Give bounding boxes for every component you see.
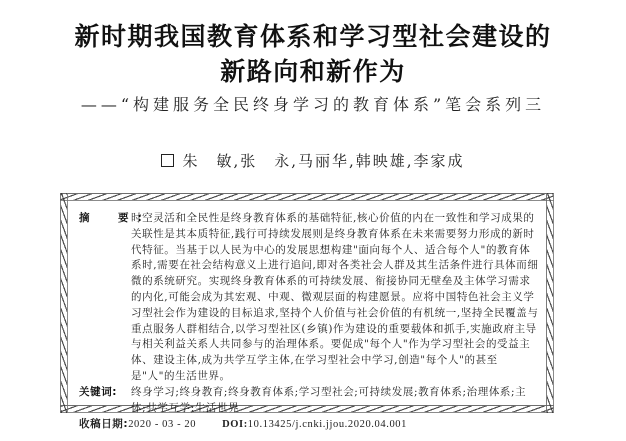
doi-label: DOI: [222,419,248,430]
abstract-label: 摘 要: [79,211,151,227]
keywords-section: 关键词: 终身学习;终身教育;终身教育体系;学习型社会;可持续发展;教育体系;治… [79,385,539,417]
abstract-content: 摘 要: 时空灵活和全民性是终身教育体系的基础特征,核心价值的内在一致性和学习成… [79,211,539,433]
authors: 朱 敏,张 永,马丽华,韩映雄,李家成 [182,152,464,170]
article-meta: 收稿日期:2020 - 03 - 20 DOI:10.13425/j.cnki.… [79,417,539,433]
decorative-border-right [546,193,554,413]
author-line: 朱 敏,张 永,马丽华,韩映雄,李家成 [0,150,626,171]
decorative-border-left [60,193,68,413]
square-bullet-icon [161,154,174,167]
paper-title-line2: 新路向和新作为 [0,52,626,88]
keywords-text: 终身学习;终身教育;终身教育体系;学习型社会;可持续发展;教育体系;治理体系;主… [131,386,526,414]
received-date: 2020 - 03 - 20 [128,419,196,430]
received-label: 收稿日期: [79,418,128,430]
keywords-label: 关键词: [79,385,117,401]
abstract-frame: 摘 要: 时空灵活和全民性是终身教育体系的基础特征,核心价值的内在一致性和学习成… [60,193,554,413]
doi-value: 10.13425/j.cnki.jjou.2020.04.001 [248,419,407,430]
doi: DOI:10.13425/j.cnki.jjou.2020.04.001 [222,419,407,430]
paper-subtitle: ——“构建服务全民终身学习的教育体系”笔会系列三 [0,92,626,115]
paper-title-line1: 新时期我国教育体系和学习型社会建设的 [0,17,626,53]
decorative-border-top [60,193,554,201]
abstract-text: 时空灵活和全民性是终身教育体系的基础特征,核心价值的内在一致性和学习成果的关联性… [131,212,538,382]
abstract-section: 摘 要: 时空灵活和全民性是终身教育体系的基础特征,核心价值的内在一致性和学习成… [79,211,539,385]
